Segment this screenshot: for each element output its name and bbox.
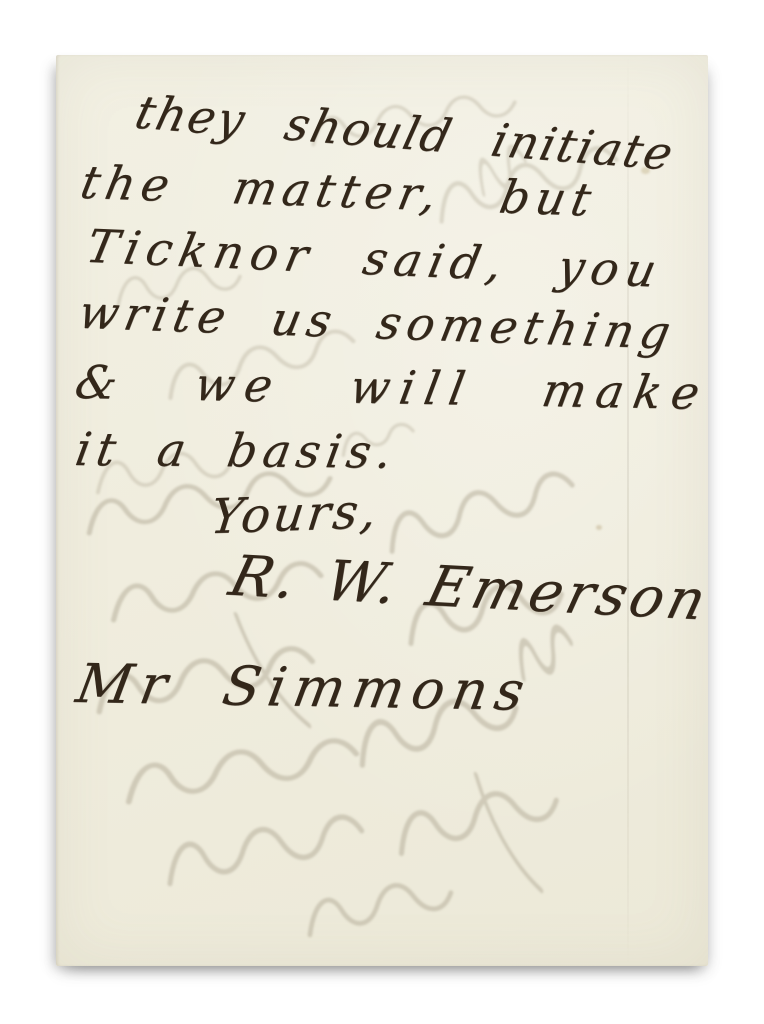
photo-canvas: they should initiate the matter, but Tic… — [0, 0, 764, 1024]
letter-addressee: Mr Simmons — [73, 657, 536, 719]
letter-line-5: & we will make — [72, 359, 713, 416]
letter-page: they should initiate the matter, but Tic… — [56, 55, 708, 966]
letter-closing: Yours, — [208, 487, 382, 541]
paper-stain — [596, 525, 602, 530]
letter-line-6: it a basis. — [72, 426, 401, 475]
paper-fold-line — [627, 55, 629, 966]
